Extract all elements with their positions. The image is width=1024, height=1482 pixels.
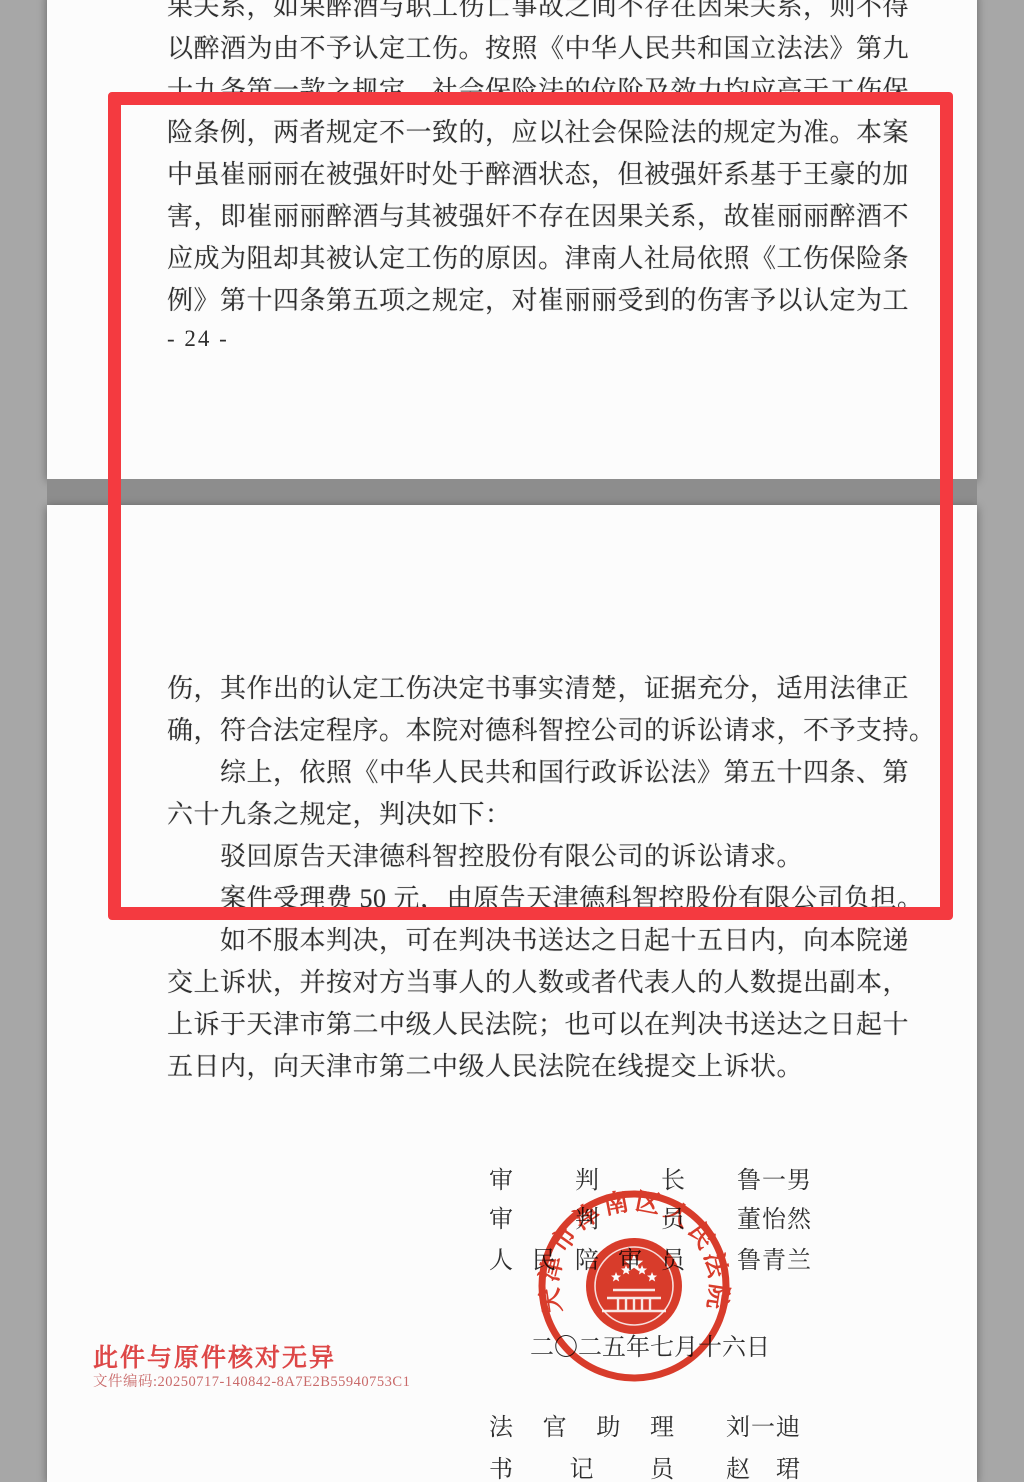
signature-name: 赵 珺 — [726, 1449, 801, 1482]
signature-name: 董怡然 — [737, 1199, 812, 1234]
signature-name: 鲁青兰 — [737, 1240, 812, 1275]
verification-file-code: 文件编码:20250717-140842-8A7E2B55940753C1 — [93, 1370, 410, 1391]
signature-role-label: 法官助理 — [489, 1407, 674, 1442]
signature-row-judge-assistant: 法官助理刘一迪 — [489, 1407, 801, 1442]
highlight-annotation-rectangle — [108, 92, 953, 920]
signature-name: 刘一迪 — [726, 1407, 801, 1442]
signature-role-label: 书记员 — [489, 1449, 674, 1482]
signature-name: 鲁一男 — [737, 1160, 812, 1195]
verification-statement: 此件与原件核对无异 — [93, 1338, 336, 1374]
national-emblem — [586, 1238, 682, 1334]
scanned-judgment-viewer: { "annotation": { "color": "#f43a40" }, … — [0, 0, 1024, 1482]
signature-row-court-clerk: 书记员赵 珺 — [489, 1449, 801, 1482]
court-seal: 天津市津南区人民法院 — [534, 1186, 734, 1390]
